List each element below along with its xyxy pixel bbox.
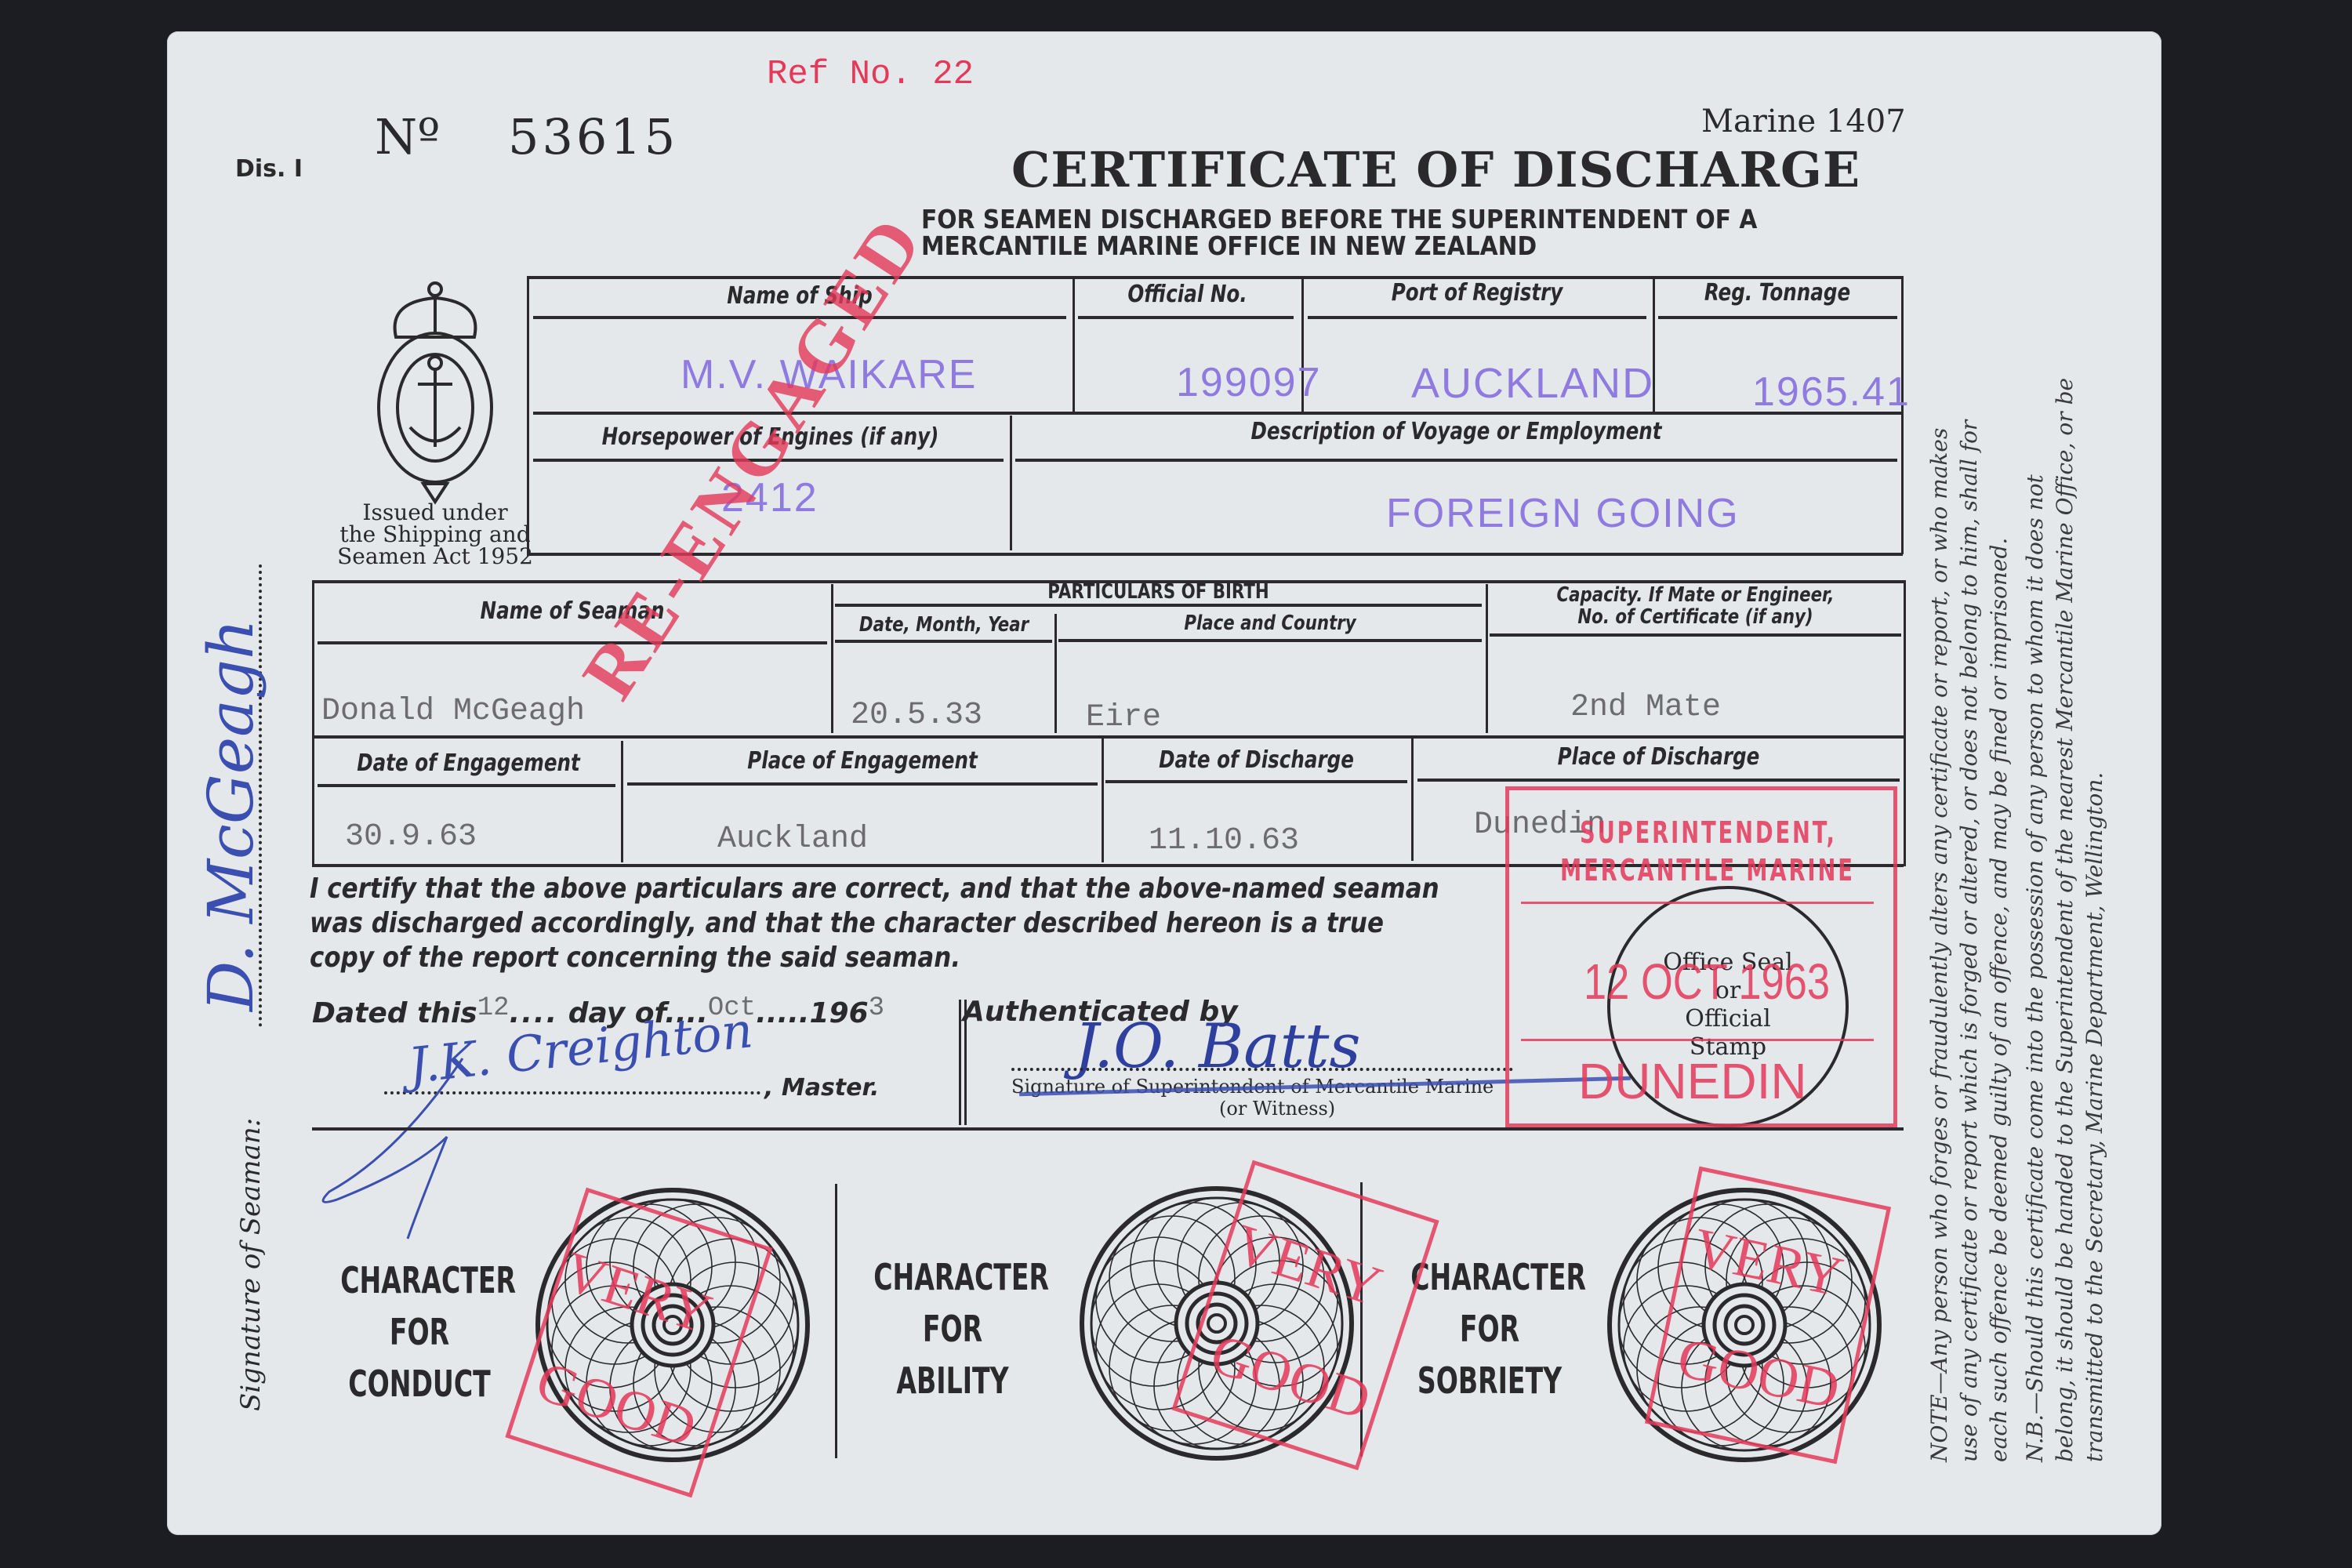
certification-line-2: was discharged accordingly, and that the… <box>310 906 1439 941</box>
character-ability-line-3: ABILITY <box>873 1355 1032 1406</box>
ref-number: Ref No. 22 <box>767 55 974 94</box>
character-sobriety-label: CHARACTER FOR SOBRIETY <box>1410 1251 1569 1406</box>
stamp-date: 12 OCT 1963 <box>1584 953 1830 1011</box>
nb-line-1: N.B.—Should this certificate come into t… <box>2020 378 2050 1462</box>
character-sobriety-line-1: CHARACTER <box>1410 1251 1569 1303</box>
header-official-no: Official No. <box>1096 281 1279 308</box>
value-name-of-seaman: Donald McGeagh <box>321 694 585 729</box>
seaman-signature: D. McGeagh <box>194 619 267 1011</box>
note-line-3: each such offence be deemed guilty of an… <box>1984 378 2014 1462</box>
signature-divider <box>959 1000 961 1125</box>
form-code: Dis. I <box>235 155 303 183</box>
header-place-of-engagement: Place of Engagement <box>670 747 1055 775</box>
note-line-2: use of any certificate or report which i… <box>1955 378 1984 1462</box>
issued-under-note: Issued under the Shipping and Seamen Act… <box>329 502 541 568</box>
section-divider <box>312 1127 1904 1131</box>
value-capacity: 2nd Mate <box>1570 690 1721 725</box>
value-official-no: 199097 <box>1176 359 1322 406</box>
value-date-of-discharge: 11.10.63 <box>1149 823 1299 858</box>
dated-label: Dated this <box>312 997 477 1029</box>
character-conduct-label: CHARACTER FOR CONDUCT <box>340 1254 499 1410</box>
value-place-of-engagement: Auckland <box>717 822 868 857</box>
dated-year-suffix: 3 <box>869 993 884 1023</box>
issued-line-3: Seamen Act 1952 <box>329 546 541 568</box>
header-place-of-discharge: Place of Discharge <box>1461 743 1856 771</box>
superintendent-signature-line <box>1011 1068 1513 1071</box>
certification-line-1: I certify that the above particulars are… <box>310 872 1439 906</box>
stamp-superintendent: SUPERINTENDENT, <box>1580 815 1837 850</box>
stamp-mercantile-marine: MERCANTILE MARINE <box>1560 853 1855 887</box>
character-ability-line-2: FOR <box>873 1303 1032 1355</box>
dated-year-prefix: 196 <box>809 997 868 1029</box>
page-title: CERTIFICATE OF DISCHARGE <box>1011 141 1860 198</box>
master-label: , Master. <box>764 1074 879 1102</box>
header-capacity-line-1: Capacity. If Mate or Engineer, <box>1526 583 1864 607</box>
number-prefix: Nº <box>375 108 440 165</box>
header-reg-tonnage: Reg. Tonnage <box>1678 279 1877 307</box>
certificate-number: 53615 <box>508 108 678 165</box>
superintendent-signature: J.O. Batts <box>1074 1011 1361 1082</box>
header-date-month-year: Date, Month, Year <box>855 613 1033 637</box>
character-ability-label: CHARACTER FOR ABILITY <box>873 1251 1032 1406</box>
issued-line-1: Issued under <box>329 502 541 524</box>
certification-line-3: copy of the report concerning the said s… <box>310 941 1439 975</box>
header-particulars-of-birth: PARTICULARS OF BIRTH <box>893 580 1424 604</box>
legal-notes: NOTE—Any person who forges or fraudulent… <box>1925 378 2110 1462</box>
character-conduct-line-2: FOR <box>340 1306 499 1358</box>
value-date-of-engagement: 30.9.63 <box>345 819 477 855</box>
nb-line-3: transmitted to the Secretary, Marine Dep… <box>2080 378 2110 1462</box>
character-conduct-line-3: CONDUCT <box>340 1358 499 1410</box>
header-port-of-registry: Port of Registry <box>1336 279 1619 307</box>
seaman-signature-label: Signature of Seaman: <box>235 1118 267 1411</box>
header-place-and-country: Place and Country <box>1097 612 1444 635</box>
character-ability-line-1: CHARACTER <box>873 1251 1032 1303</box>
character-sobriety-line-2: FOR <box>1410 1303 1569 1355</box>
character-conduct-line-1: CHARACTER <box>340 1254 499 1306</box>
value-description: FOREIGN GOING <box>1386 490 1740 537</box>
anchor-crown-seal-icon <box>357 278 514 506</box>
stamp-place: DUNEDIN <box>1578 1052 1807 1110</box>
nb-line-2: belong, it should be handed to the Super… <box>2050 378 2080 1462</box>
witness-label: (or Witness) <box>1219 1098 1335 1120</box>
value-birth-date: 20.5.33 <box>851 698 982 733</box>
header-capacity-line-2: No. of Certificate (if any) <box>1526 605 1864 629</box>
value-port-of-registry: AUCKLAND <box>1411 359 1654 408</box>
subtitle-line-2: MERCANTILE MARINE OFFICE IN NEW ZEALAND <box>921 230 1537 261</box>
value-reg-tonnage: 1965.41 <box>1752 368 1911 416</box>
form-name: Marine 1407 <box>1701 103 1906 140</box>
issued-line-2: the Shipping and <box>329 524 541 546</box>
header-name-of-seaman: Name of Seaman <box>364 597 782 625</box>
header-date-of-engagement: Date of Engagement <box>345 750 593 777</box>
dated-day: 12 <box>477 993 510 1023</box>
header-description: Description of Voyage or Employment <box>1094 418 1818 445</box>
character-sobriety-line-3: SOBRIETY <box>1410 1355 1569 1406</box>
certification-text: I certify that the above particulars are… <box>310 872 1439 975</box>
header-date-of-discharge: Date of Discharge <box>1133 746 1381 774</box>
note-line-1: NOTE—Any person who forges or fraudulent… <box>1925 378 1955 1462</box>
value-birth-place: Eire <box>1086 700 1161 735</box>
